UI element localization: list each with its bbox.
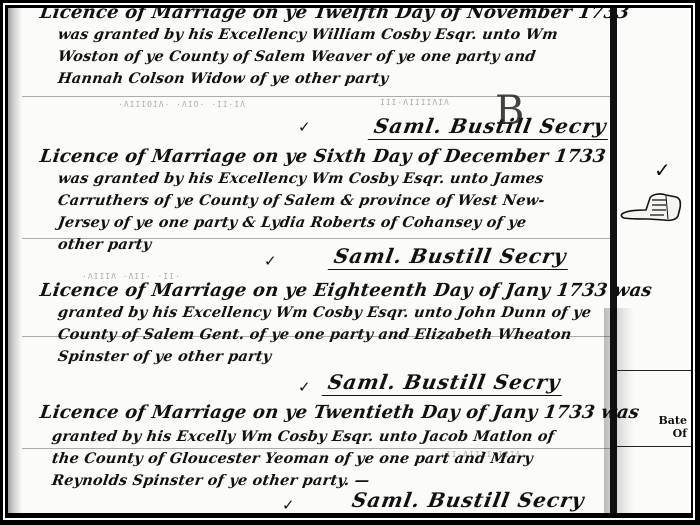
bleed-through-text: ·ΛΙΙΙΟΙΛ· ·ΛΙΟ· ·ΙΙ·ΙΛ bbox=[118, 100, 246, 109]
entry-line: Woston of ye County of Salem Weaver of y… bbox=[57, 48, 537, 65]
margin-rule bbox=[617, 370, 691, 371]
entry-line: other party bbox=[57, 236, 153, 253]
tick-mark: ✓ bbox=[282, 496, 295, 513]
tick-mark: ✓ bbox=[264, 252, 277, 270]
entry-line: Carruthers of ye County of Salem & provi… bbox=[57, 192, 546, 209]
entry-line: Licence of Marriage on ye Twelfth Day of… bbox=[39, 8, 631, 23]
margin-fragment-line: Bate bbox=[658, 414, 687, 427]
tick-mark: ✓ bbox=[298, 118, 311, 136]
entry-line: Licence of Marriage on ye Eighteenth Day… bbox=[39, 280, 654, 301]
pointing-hand-icon bbox=[620, 188, 682, 224]
entry-line: Spinster of ye other party bbox=[57, 348, 273, 365]
tick-mark: ✓ bbox=[298, 378, 311, 396]
entry-line: Licence of Marriage on ye Sixth Day of D… bbox=[39, 146, 608, 167]
entry-line: Licence of Marriage on ye Twentieth Day … bbox=[39, 402, 641, 423]
margin-fragment-line: Of bbox=[658, 427, 687, 440]
entry-line: Jersey of ye one party & Lydia Roberts o… bbox=[57, 214, 528, 231]
secretary-signature: Saml. Bustill Secry bbox=[328, 244, 573, 270]
secretary-signature: Saml. Bustill Secry bbox=[368, 114, 613, 140]
entry-line: granted by his Excellency Wm Cosby Esqr.… bbox=[57, 304, 593, 321]
secretary-signature: Saml. Bustill Secry bbox=[322, 370, 567, 396]
entry-line: was granted by his Excellency Wm Cosby E… bbox=[57, 170, 545, 187]
bleed-through-text: ΙΙΙ·ΛΙΙΙΙΛΙΛ bbox=[380, 98, 450, 107]
document-page: ·ΛΙΙΙΟΙΛ· ·ΛΙΟ· ·ΙΙ·ΙΛ ΙΙΙ·ΛΙΙΙΙΛΙΛ ·ΛΙΙ… bbox=[8, 8, 691, 513]
entry-line: Reynolds Spinster of ye other party. — bbox=[51, 472, 371, 489]
page-edge-shadow bbox=[8, 8, 22, 513]
entry-line: County of Salem Gent. of ye one party an… bbox=[57, 326, 573, 343]
entry-line: granted by his Excelly Wm Cosby Esqr. un… bbox=[51, 428, 556, 445]
margin-rule bbox=[617, 446, 691, 447]
margin-check-icon: ✓ bbox=[654, 158, 671, 182]
margin-fragment-text: Bate Of bbox=[658, 414, 687, 440]
entry-line: Hannah Colson Widow of ye other party bbox=[57, 70, 390, 87]
entry-line: the County of Gloucester Yeoman of ye on… bbox=[51, 450, 534, 467]
secretary-signature: Saml. Bustill Secry bbox=[346, 488, 591, 513]
stamp-letter: B bbox=[495, 88, 524, 134]
column-divider-smudge bbox=[604, 308, 634, 513]
ruled-line bbox=[22, 448, 610, 449]
entry-line: was granted by his Excellency William Co… bbox=[57, 26, 559, 43]
